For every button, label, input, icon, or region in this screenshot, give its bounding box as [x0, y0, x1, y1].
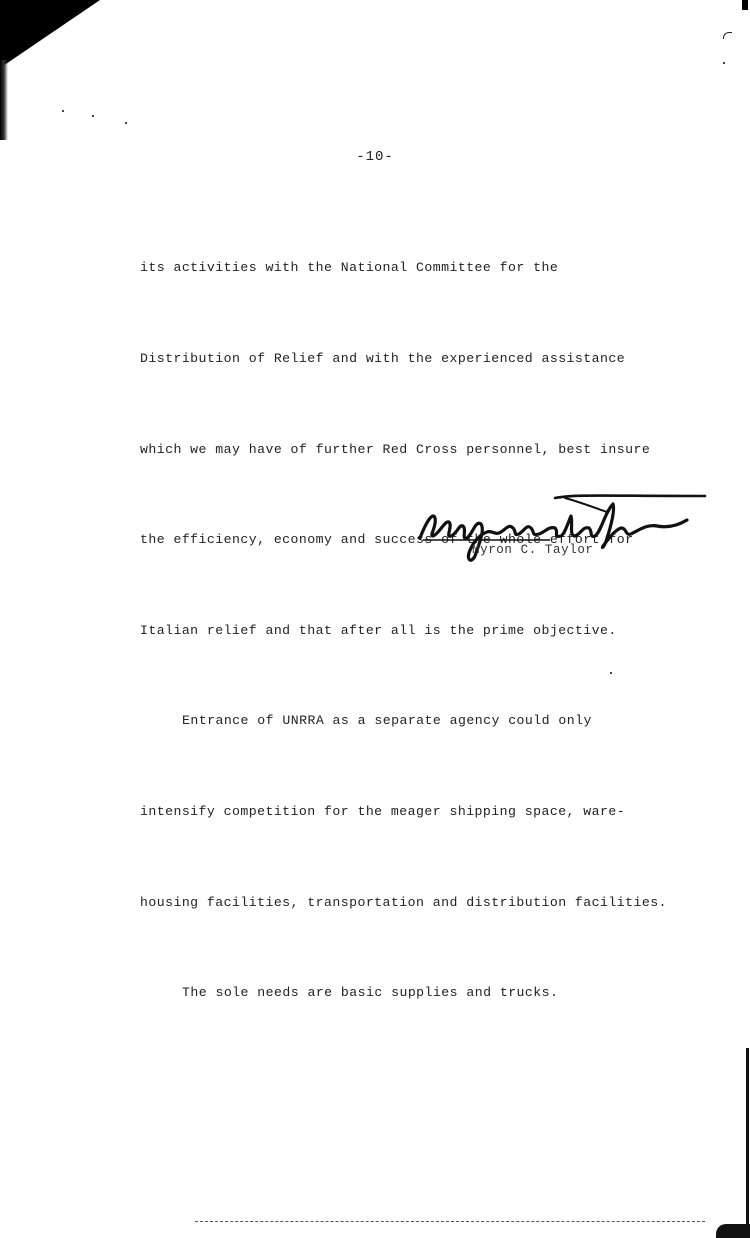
text-line: Entrance of UNRRA as a separate agency c… [140, 706, 720, 736]
scan-right-edge-line [746, 1048, 749, 1228]
text-line: intensify competition for the meager shi… [140, 797, 720, 827]
scan-corner-shadow [0, 0, 100, 68]
scan-speck [723, 62, 725, 64]
text-line: housing facilities, transportation and d… [140, 888, 720, 918]
scan-bottom-right-smudge [716, 1224, 750, 1238]
scan-left-edge-shadow [0, 60, 8, 140]
document-body: its activities with the National Committ… [140, 193, 720, 1039]
bottom-page-rule [195, 1221, 705, 1223]
text-line: Italian relief and that after all is the… [140, 616, 720, 646]
scan-top-right-mark [742, 0, 748, 10]
handwritten-signature [415, 490, 715, 570]
page-number: -10- [0, 149, 750, 165]
scan-speck [62, 110, 64, 112]
text-line: its activities with the National Committ… [140, 253, 720, 283]
scan-speck [92, 115, 94, 117]
scan-curl-mark [723, 32, 732, 39]
signature-stroke-icon [415, 490, 715, 570]
text-line: which we may have of further Red Cross p… [140, 435, 720, 465]
text-line: Distribution of Relief and with the expe… [140, 344, 720, 374]
text-line: The sole needs are basic supplies and tr… [140, 978, 720, 1008]
scan-speck [125, 122, 127, 124]
signer-typed-name: Myron C. Taylor [472, 543, 594, 557]
